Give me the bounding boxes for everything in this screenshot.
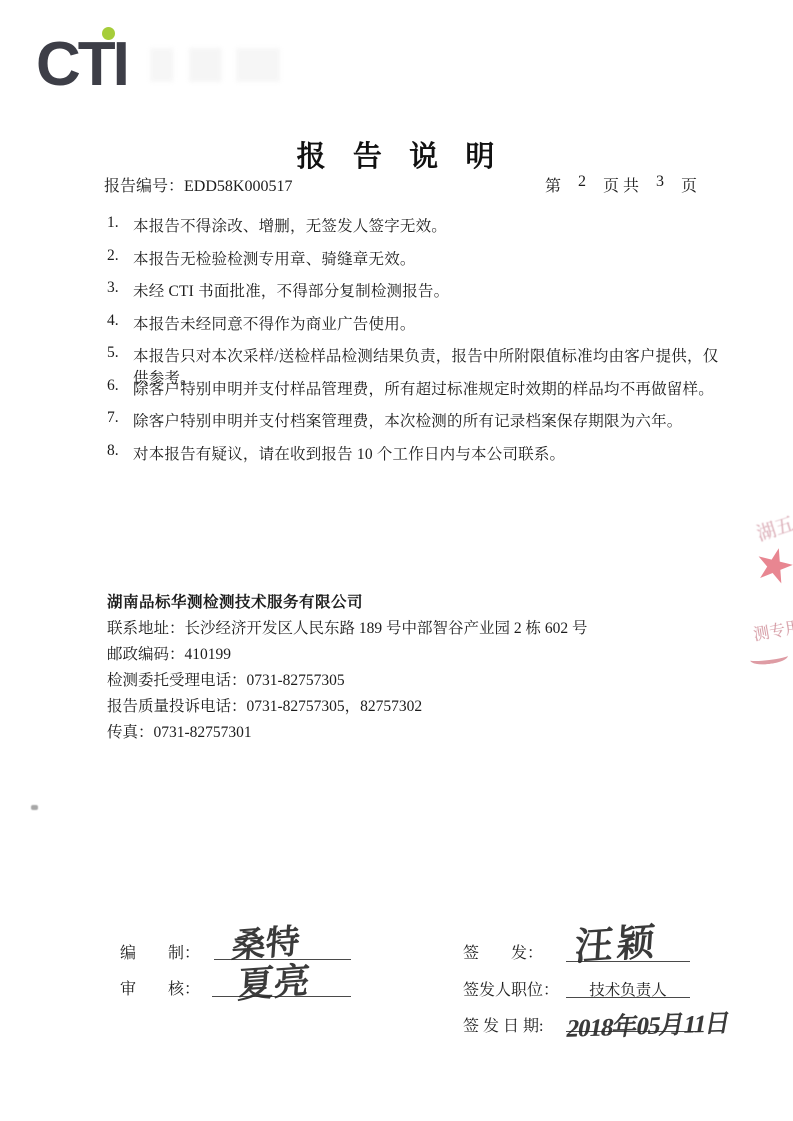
company-postcode: 邮政编码：410199: [107, 642, 707, 668]
note-text: 除客户特别申明并支付样品管理费，所有超过标准规定时效期的样品均不再做留样。: [133, 377, 727, 399]
seam-stamp-star-icon: ★: [748, 534, 793, 596]
scan-dust-artifact: [31, 805, 38, 810]
note-item: 7.除客户特别申明并支付档案管理费，本次检测的所有记录档案保存期限为六年。: [107, 409, 727, 442]
notes-list: 1.本报告不得涂改、增删，无签发人签字无效。 2.本报告无检验检测专用章、骑缝章…: [107, 214, 727, 474]
company-phone-acceptance: 检测委托受理电话：0731-82757305: [107, 668, 707, 694]
issued-signature-handwriting: 汪颖: [573, 910, 661, 971]
issued-by-label: 签 发：: [463, 940, 543, 963]
page-indicator: 第 2 页 共 3 页: [545, 173, 745, 196]
note-number: 1.: [107, 214, 133, 232]
company-phone-complaint: 报告质量投诉电话：0731-82757305，82757302: [107, 694, 707, 720]
note-number: 3.: [107, 279, 133, 297]
note-text: 本报告无检验检测专用章、骑缝章无效。: [133, 247, 727, 269]
note-number: 8.: [107, 442, 133, 460]
cti-logo-green-dot-icon: [102, 27, 115, 40]
company-fax: 传真：0731-82757301: [107, 720, 707, 746]
note-number: 7.: [107, 409, 133, 427]
company-name: 湖南品标华测检测技术服务有限公司: [107, 590, 707, 616]
report-notes-page: CTI 报 告 说 明 报告编号：EDD58K000517 第 2 页 共 3 …: [0, 0, 793, 1121]
note-text: 除客户特别申明并支付档案管理费，本次检测的所有记录档案保存期限为六年。: [133, 409, 727, 431]
page-total: 3: [656, 173, 664, 196]
page-current: 2: [578, 173, 586, 196]
note-number: 6.: [107, 377, 133, 395]
issuer-title-label: 签发人职位：: [463, 977, 559, 1000]
page-indicator-middle: 页 共: [603, 173, 639, 196]
faint-print-artifact: [150, 48, 280, 82]
issue-date-handwriting: 2018年05月11日: [564, 1003, 733, 1045]
seam-stamp: 湖五 ★ 测专用: [748, 500, 793, 675]
prepared-by-label: 编 制：: [120, 940, 200, 963]
note-text: 未经 CTI 书面批准，不得部分复制检测报告。: [133, 279, 727, 301]
note-item: 1.本报告不得涂改、增删，无签发人签字无效。: [107, 214, 727, 247]
report-number-label: 报告编号：: [104, 178, 184, 195]
reviewed-by-label: 审 核：: [120, 976, 200, 999]
issuer-title-line: [566, 968, 690, 998]
report-number-value: EDD58K000517: [184, 178, 292, 195]
seam-stamp-text-fragment-bottom: 测专用: [751, 614, 793, 645]
note-number: 5.: [107, 344, 133, 362]
note-item: 2.本报告无检验检测专用章、骑缝章无效。: [107, 247, 727, 280]
company-address: 联系地址：长沙经济开发区人民东路 189 号中部智谷产业园 2 栋 602 号: [107, 616, 707, 642]
note-item: 3.未经 CTI 书面批准，不得部分复制检测报告。: [107, 279, 727, 312]
note-item: 5.本报告只对本次采样/送检样品检测结果负责，报告中所附限值标准均由客户提供，仅…: [107, 344, 727, 377]
note-item: 6.除客户特别申明并支付样品管理费，所有超过标准规定时效期的样品均不再做留样。: [107, 377, 727, 410]
note-text: 对本报告有疑议，请在收到报告 10 个工作日内与本公司联系。: [133, 442, 727, 464]
note-item: 4.本报告未经同意不得作为商业广告使用。: [107, 312, 727, 345]
company-info-block: 湖南品标华测检测技术服务有限公司 联系地址：长沙经济开发区人民东路 189 号中…: [107, 590, 707, 746]
page-title: 报 告 说 明: [0, 134, 793, 175]
seam-stamp-border-arc: [749, 650, 788, 667]
reviewed-signature-handwriting: 夏亮: [236, 952, 311, 1008]
note-number: 4.: [107, 312, 133, 330]
note-text: 本报告未经同意不得作为商业广告使用。: [133, 312, 727, 334]
page-indicator-suffix: 页: [681, 173, 697, 196]
note-item: 8.对本报告有疑议，请在收到报告 10 个工作日内与本公司联系。: [107, 442, 727, 475]
note-number: 2.: [107, 247, 133, 265]
issue-date-label: 签 发 日 期:: [463, 1013, 543, 1036]
page-indicator-prefix: 第: [545, 173, 561, 196]
report-number: 报告编号：EDD58K000517: [104, 173, 292, 196]
note-text: 本报告不得涂改、增删，无签发人签字无效。: [133, 214, 727, 236]
